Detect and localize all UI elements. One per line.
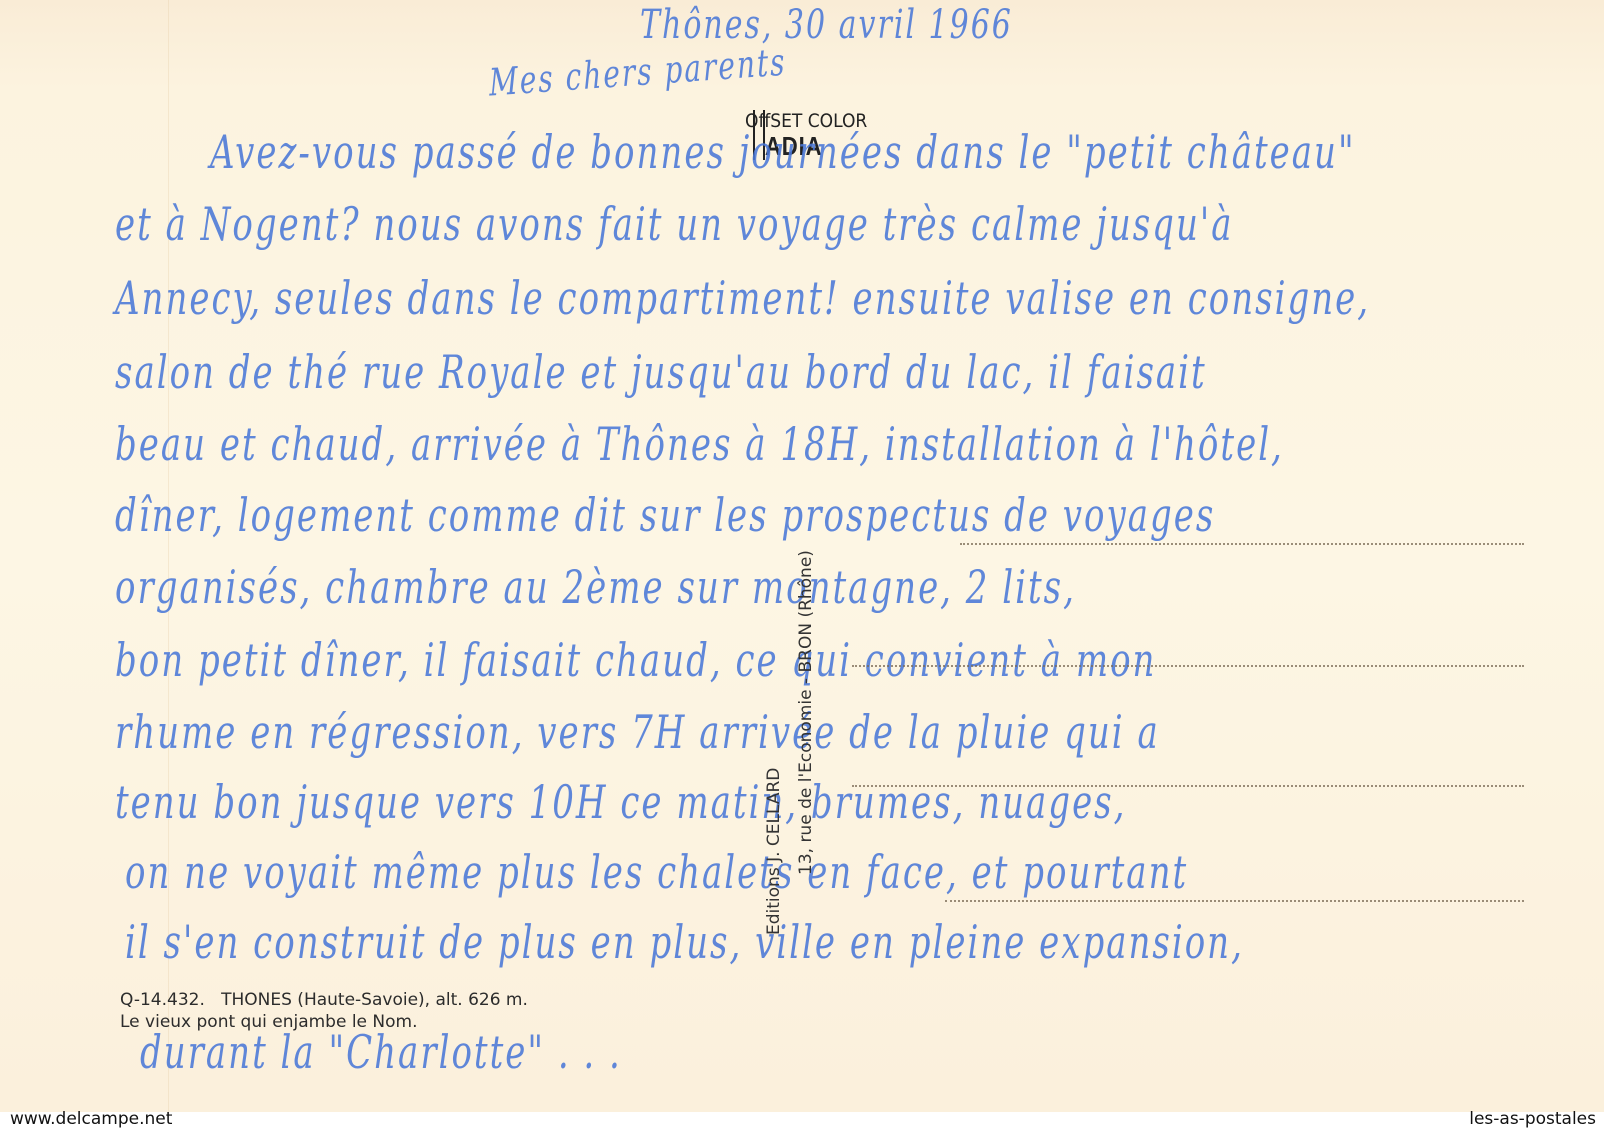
message-line: rhume en régression, vers 7H arrivée de …	[115, 706, 1160, 760]
message-line: durant la "Charlotte" . . .	[140, 1026, 622, 1080]
handwritten-date: Thônes, 30 avril 1966	[640, 2, 1013, 49]
message-line: Annecy, seules dans le compartiment! ens…	[115, 272, 1370, 326]
message-line: on ne voyait même plus les chalets en fa…	[125, 846, 1188, 900]
caption-title: Q-14.432. THONES (Haute-Savoie), alt. 62…	[120, 990, 528, 1010]
publisher-line-2: 13, rue de l'Economie - BRON (Rhône)	[796, 550, 816, 875]
address-line	[945, 900, 1524, 902]
message-line: et à Nogent? nous avons fait un voyage t…	[115, 198, 1233, 252]
address-line	[852, 785, 1524, 787]
handwritten-greeting: Mes chers parents	[488, 39, 787, 105]
caption-ref: Q-14.432.	[120, 990, 205, 1010]
caption-description: Le vieux pont qui enjambe le Nom.	[120, 1012, 418, 1032]
message-line: beau et chaud, arrivée à Thônes à 18H, i…	[115, 418, 1284, 472]
message-line: Avez-vous passé de bonnes journées dans …	[210, 126, 1356, 180]
postcard-back: Thônes, 30 avril 1966 Mes chers parents …	[0, 0, 1604, 1112]
watermark-right: les-as-postales	[1469, 1109, 1596, 1129]
address-line	[852, 665, 1524, 667]
message-line: bon petit dîner, il faisait chaud, ce qu…	[115, 634, 1156, 688]
message-line: dîner, logement comme dit sur les prospe…	[115, 489, 1215, 543]
address-line	[960, 543, 1524, 545]
message-line: il s'en construit de plus en plus, ville…	[125, 916, 1244, 970]
watermark-left: www.delcampe.net	[10, 1109, 172, 1129]
message-line: organisés, chambre au 2ème sur montagne,…	[115, 561, 1076, 615]
message-line: salon de thé rue Royale et jusqu'au bord…	[115, 346, 1207, 400]
publisher-line-1: Editions J. CELLARD	[764, 768, 784, 935]
caption-place: THONES (Haute-Savoie), alt. 626 m.	[221, 990, 528, 1010]
